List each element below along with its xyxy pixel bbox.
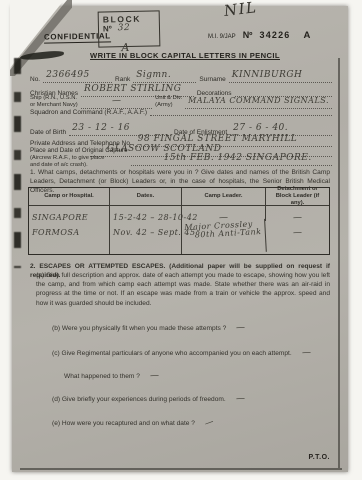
- ship-label-line1: Ship (R.N., U.S.N.: [30, 95, 78, 102]
- camps-header-camp: Camp or Hospital.: [29, 188, 110, 206]
- mi9-label: M.I. 9/JAP: [208, 34, 236, 40]
- squadron-label: Squadron and Command (R.A.F., A.A.F.): [30, 109, 147, 116]
- block-letter-handwritten: A: [121, 42, 130, 53]
- camps-header-dates: Dates.: [110, 188, 182, 206]
- block-number-handwritten: 32: [118, 24, 131, 33]
- section-2a-text: (a) Give full description and approx. da…: [30, 271, 330, 308]
- unit-value: MALAYA COMMAND SIGNALS.: [188, 96, 329, 105]
- question-2d: (d) Give briefly your experiences during…: [52, 395, 245, 404]
- camps-row2-detachment-value: —: [293, 229, 303, 238]
- camps-header-detachment: Detachment or Block Leader (if any).: [266, 188, 329, 206]
- block-number-stamp: BLOCK Nº 32 A: [98, 10, 161, 47]
- block-stamp-no-symbol: Nº: [103, 24, 112, 33]
- binding-shadow: [14, 58, 21, 268]
- capture-field: 15th FEB. 1942 SINGAPORE.: [131, 147, 332, 166]
- camps-row2-dates: Nov. 42 – Sept. 45: [110, 221, 182, 254]
- camps-row2-leader: Major Crossley 80th Anti-Tank: [181, 219, 267, 256]
- ship-value: —: [111, 97, 121, 106]
- capture-label: Place and Date of Original Capture (Airc…: [30, 147, 128, 168]
- question-2d-answer: —: [235, 395, 245, 404]
- question-2b-label: (b) Were you physically fit when you mad…: [52, 325, 226, 332]
- question-2d-label: (d) Give briefly your experiences during…: [52, 396, 226, 403]
- ref-suffix: A: [304, 30, 311, 41]
- question-2c-label: (c) Give Regimental particulars of anyon…: [52, 350, 292, 357]
- what-happened-answer: —: [150, 372, 160, 381]
- camps-row2-camp-value: FORMOSA: [32, 228, 80, 237]
- right-page-edge: [338, 58, 340, 468]
- camps-row2-detachment: —: [266, 221, 329, 254]
- capture-value: 15th FEB. 1942 SINGAPORE.: [164, 153, 312, 163]
- question-2e: (e) How were you recaptured and on what …: [52, 419, 214, 428]
- question-what-happened: What happened to them ? —: [64, 372, 159, 381]
- capture-note-line1: (Aircrew R.A.F., to give place: [30, 155, 128, 162]
- question-2c-answer: —: [301, 349, 311, 358]
- question-2e-label: (e) How were you recaptured and on what …: [52, 420, 195, 427]
- capture-label-line1: Place and Date of Original Capture: [30, 147, 128, 155]
- camps-row1-detachment: —: [266, 206, 329, 221]
- camps-row1-detachment-value: —: [293, 214, 303, 223]
- nil-annotation: NIL: [223, 0, 258, 19]
- question-2b-answer: —: [236, 324, 246, 333]
- ref-number: 34226: [259, 30, 290, 40]
- camps-table: Camp or Hospital. Dates. Camp Leader. De…: [28, 187, 330, 255]
- form-title: WRITE IN BLOCK CAPITAL LETTERS IN PENCIL: [52, 51, 318, 60]
- row-squadron: Squadron and Command (R.A.F., A.A.F.): [30, 106, 332, 116]
- row-capture: Place and Date of Original Capture (Airc…: [30, 147, 332, 168]
- camps-row2-camp: FORMOSA: [29, 221, 110, 254]
- unit-label-line1: Unit & Div.: [155, 95, 182, 102]
- file-reference: M.I. 9/JAP Nº 34226 A: [208, 30, 310, 41]
- scanned-form-page: CONFIDENTIAL BLOCK Nº 32 A M.I. 9/JAP Nº…: [12, 6, 348, 472]
- camps-row1-dates: 15-2-42 – 28-10-42: [110, 206, 182, 221]
- question-2e-answer: —: [204, 418, 216, 430]
- what-happened-label: What happened to them ?: [64, 373, 140, 380]
- question-2c: (c) Give Regimental particulars of anyon…: [52, 349, 311, 358]
- pto-label: P.T.O.: [308, 454, 330, 461]
- bottom-page-edge: [20, 468, 342, 470]
- camps-header-leader: Camp Leader.: [182, 188, 266, 206]
- question-2b: (b) Were you physically fit when you mad…: [52, 324, 246, 333]
- camps-row2-leader-line2: 80th Anti-Tank: [195, 228, 262, 239]
- camps-row1-camp: SINGAPORE: [29, 206, 110, 221]
- squadron-field: [150, 106, 332, 116]
- ref-no-symbol: Nº: [243, 30, 253, 40]
